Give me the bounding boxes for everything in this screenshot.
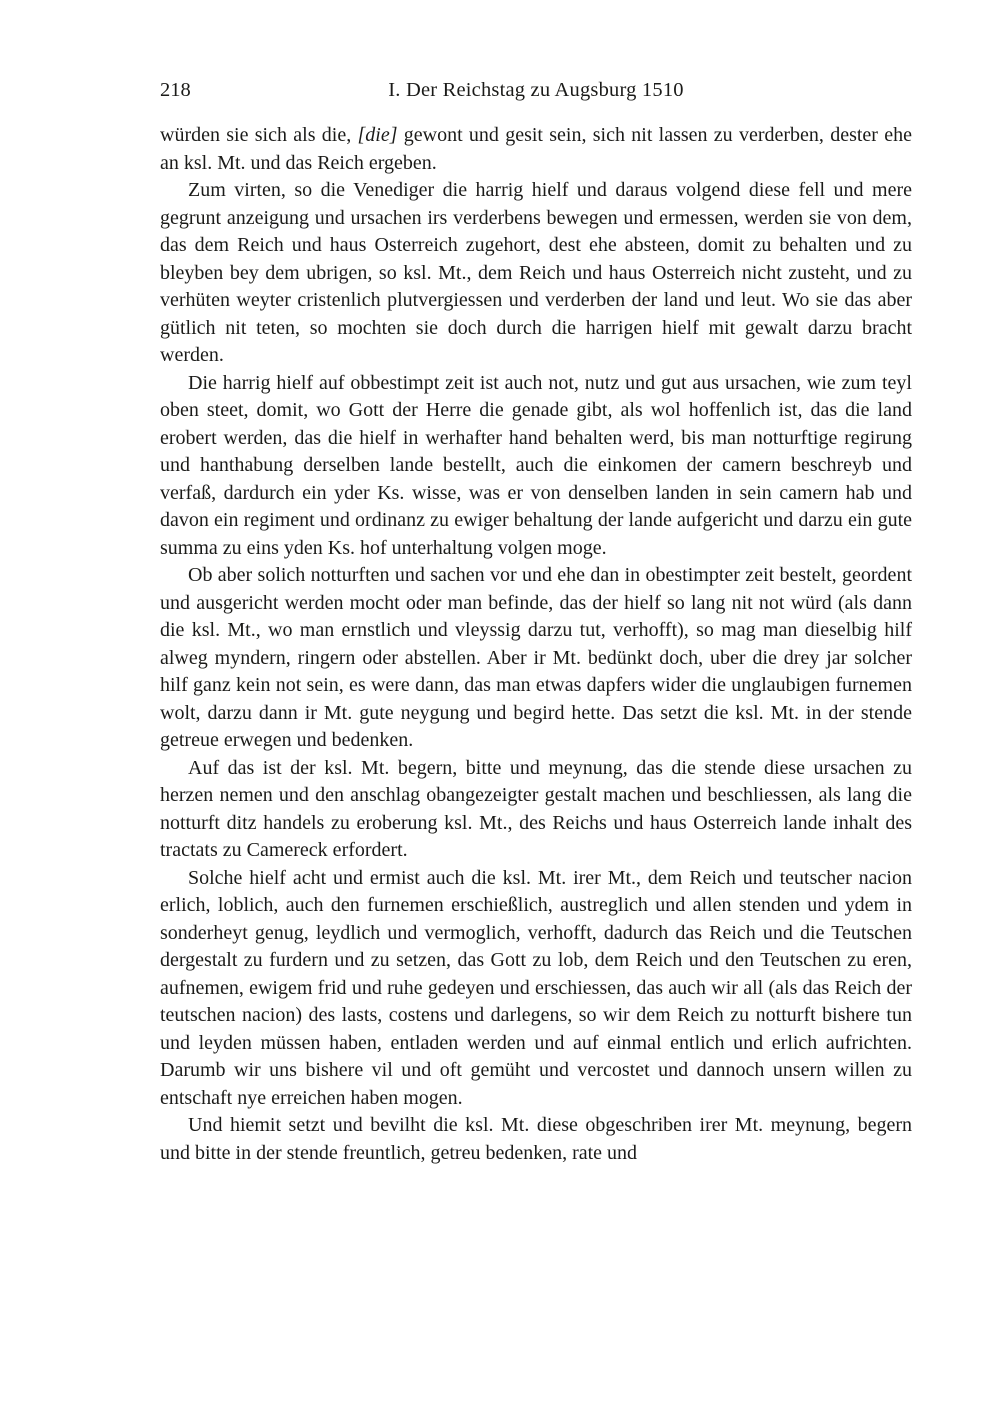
paragraph-solche-hielf: Solche hielf acht und ermist auch die ks… [160,865,912,1113]
paragraph-auf-das: Auf das ist der ksl. Mt. begern, bitte u… [160,755,912,865]
text-block: 218 I. Der Reichstag zu Augsburg 1510 wü… [160,76,912,1167]
page-number: 218 [160,76,191,104]
page-header: 218 I. Der Reichstag zu Augsburg 1510 [160,76,912,104]
page-body: würden sie sich als die, [die] gewont un… [160,122,912,1167]
book-page: 218 I. Der Reichstag zu Augsburg 1510 wü… [0,0,1004,1418]
paragraph-continuation: würden sie sich als die, [die] gewont un… [160,122,912,177]
paragraph-ob-aber: Ob aber solich notturften und sachen vor… [160,562,912,755]
paragraph-text: würden sie sich als die, [160,124,357,146]
editorial-insertion: [die] [357,124,397,146]
paragraph-zum-virten: Zum virten, so die Venediger die harrig … [160,177,912,370]
paragraph-die-harrig-hielf: Die harrig hielf auf obbestimpt zeit ist… [160,370,912,563]
running-title: I. Der Reichstag zu Augsburg 1510 [160,76,912,104]
paragraph-und-hiemit: Und hiemit setzt und bevilht die ksl. Mt… [160,1112,912,1167]
